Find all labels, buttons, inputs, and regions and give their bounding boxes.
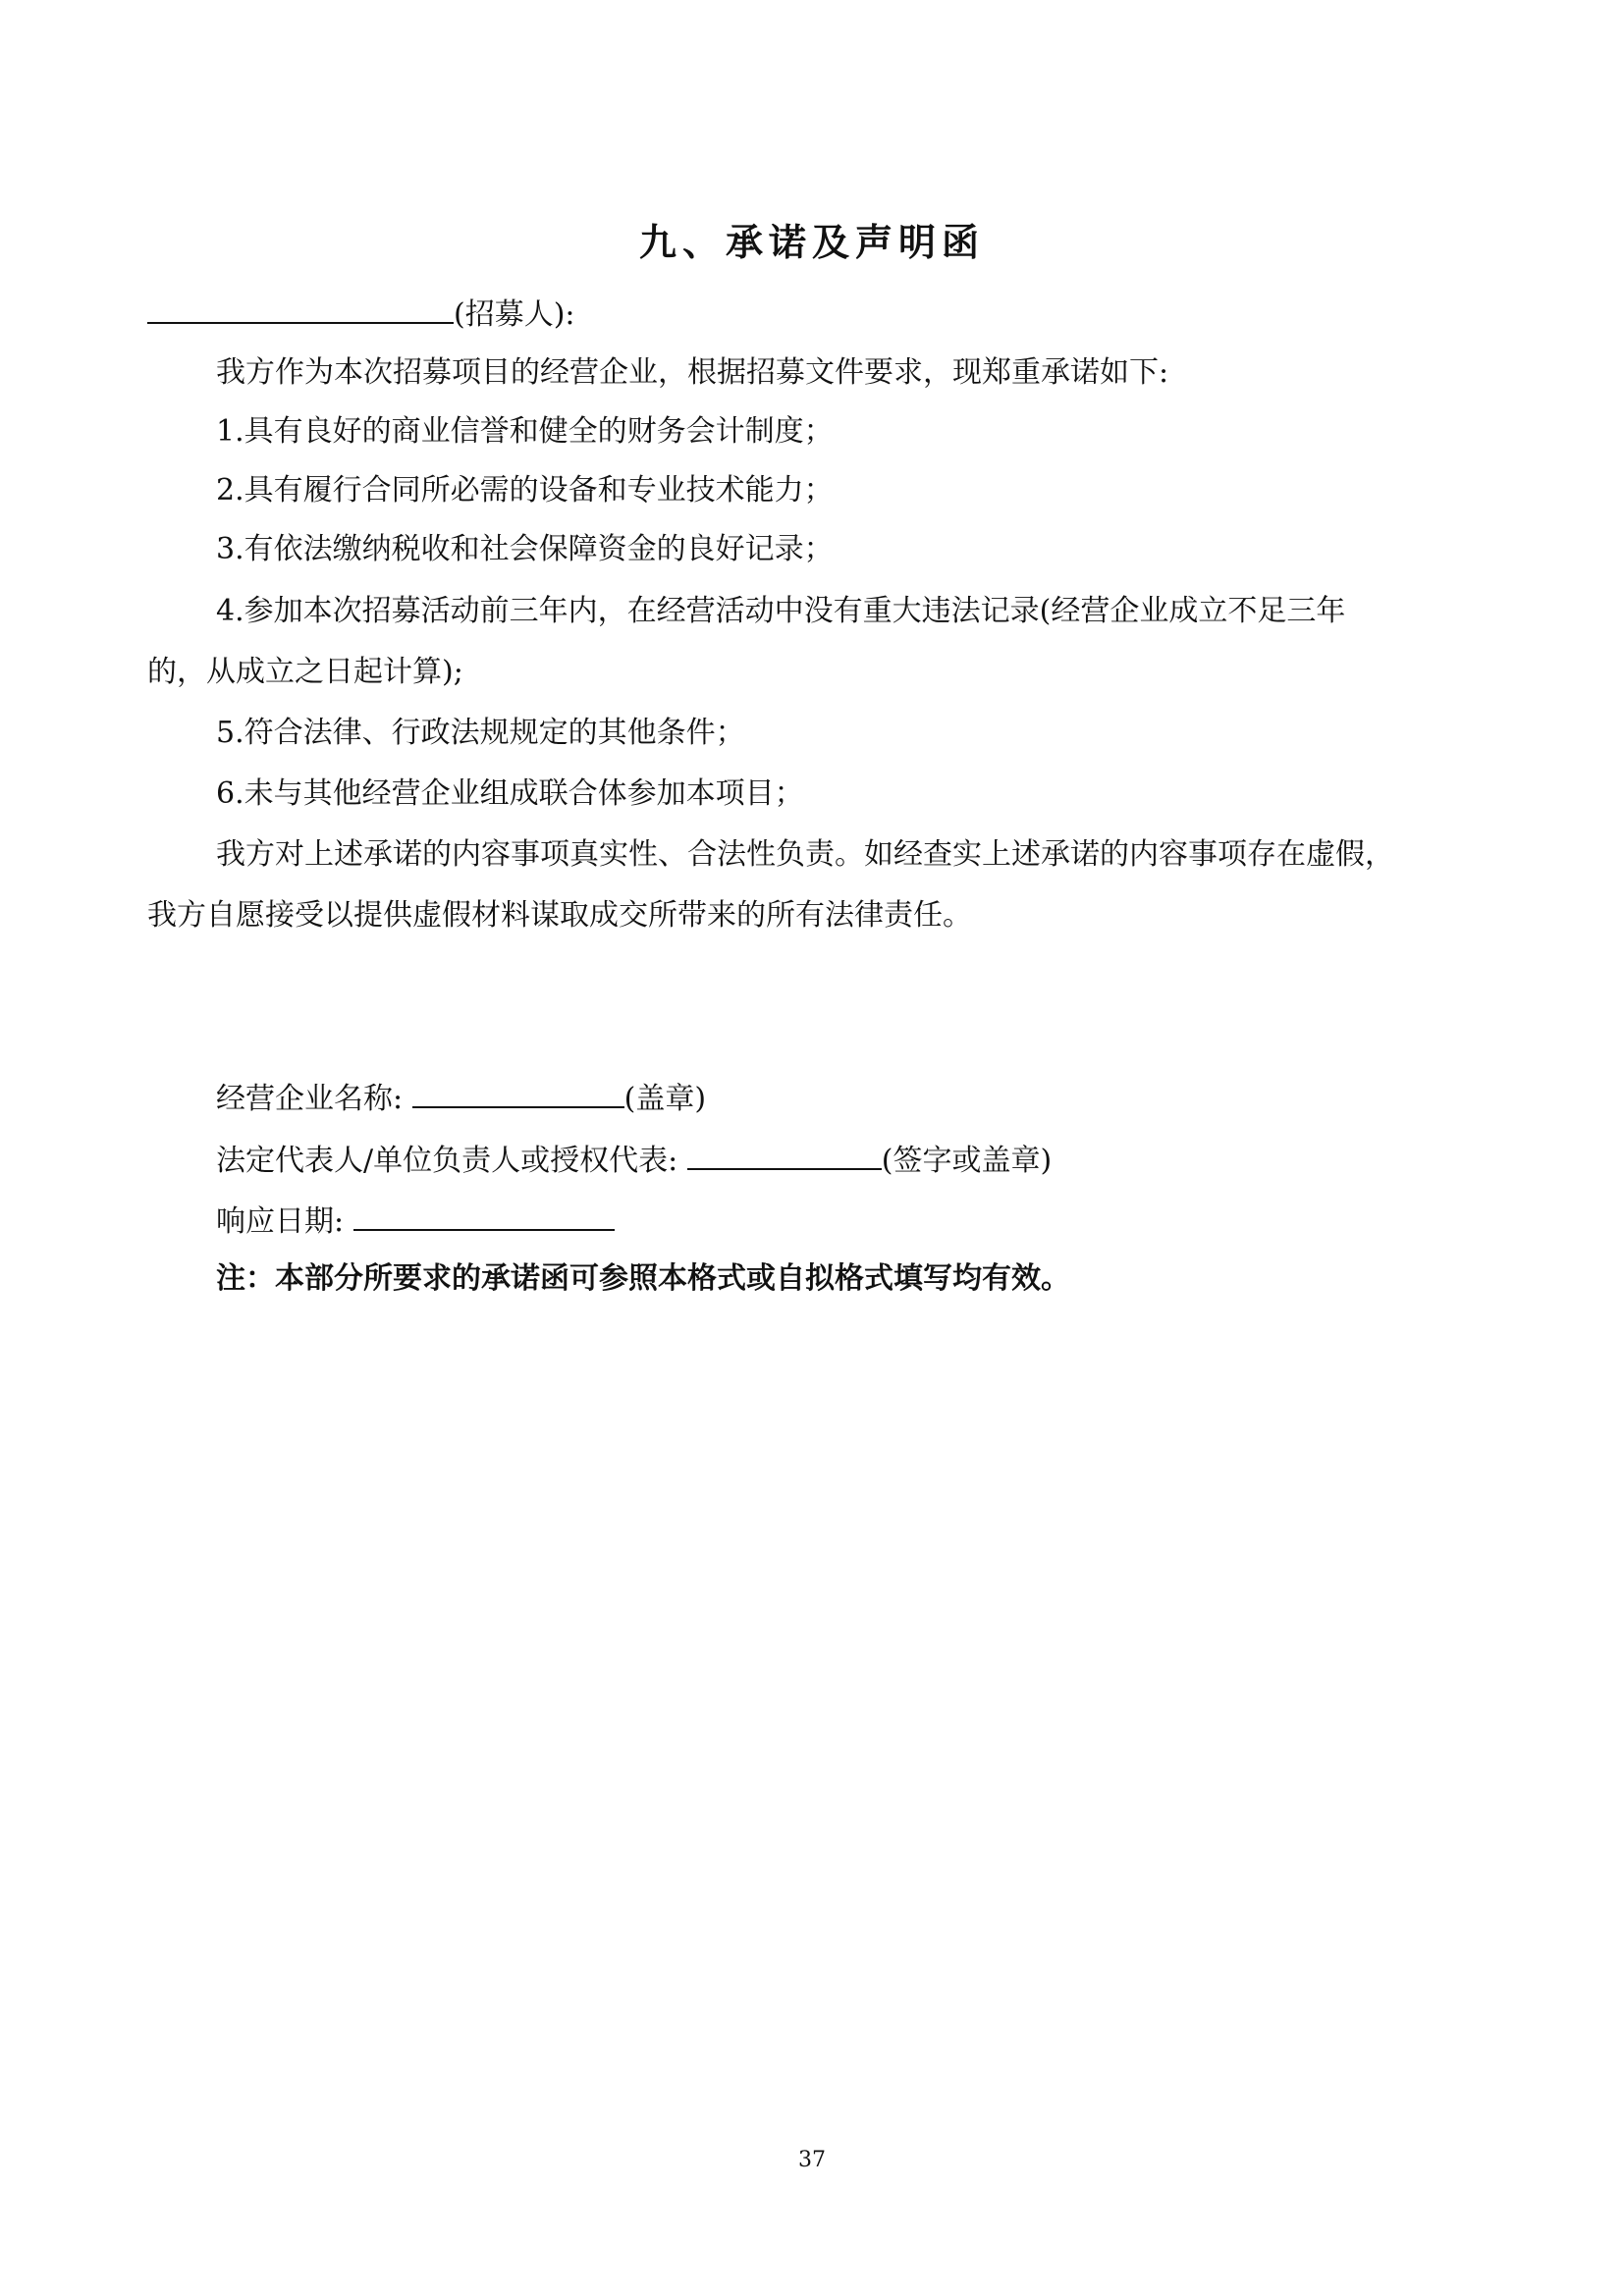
date-row: 响应日期:: [216, 1200, 615, 1242]
recipient-suffix: (招募人):: [454, 297, 575, 332]
date-blank[interactable]: [353, 1200, 615, 1231]
recipient-blank[interactable]: [147, 293, 454, 324]
page-title: 九、承诺及声明函: [0, 212, 1624, 266]
representative-label: 法定代表人/单位负责人或授权代表:: [216, 1144, 677, 1178]
company-blank[interactable]: [412, 1077, 624, 1108]
item-1: 1.具有良好的商业信誉和健全的财务会计制度；: [216, 412, 834, 452]
representative-blank[interactable]: [687, 1139, 882, 1170]
item-5: 5.符合法律、行政法规规定的其他条件；: [216, 714, 745, 753]
closing-line-2: 我方自愿接受以提供虚假材料谋取成交所带来的所有法律责任。: [147, 896, 972, 935]
recipient-line: (招募人):: [147, 293, 575, 335]
company-suffix: (盖章): [624, 1082, 706, 1116]
note-text: 注：本部分所要求的承诺函可参照本格式或自拟格式填写均有效。: [216, 1259, 1070, 1299]
representative-row: 法定代表人/单位负责人或授权代表: (签字或盖章): [216, 1139, 1052, 1181]
item-4: 4.参加本次招募活动前三年内，在经营活动中没有重大违法记录(经营企业成立不足三年: [216, 592, 1345, 631]
item-2: 2.具有履行合同所必需的设备和专业技术能力；: [216, 471, 834, 510]
page-number: 37: [0, 2148, 1624, 2172]
intro-text: 我方作为本次招募项目的经营企业，根据招募文件要求，现郑重承诺如下:: [216, 353, 1168, 393]
item-4-cont: 的，从成立之日起计算);: [147, 653, 463, 692]
company-label: 经营企业名称:: [216, 1082, 403, 1116]
representative-suffix: (签字或盖章): [882, 1144, 1052, 1178]
item-6: 6.未与其他经营企业组成联合体参加本项目；: [216, 774, 804, 814]
date-label: 响应日期:: [216, 1204, 344, 1239]
item-3: 3.有依法缴纳税收和社会保障资金的良好记录；: [216, 530, 834, 569]
closing-line-1: 我方对上述承诺的内容事项真实性、合法性负责。如经查实上述承诺的内容事项存在虚假，: [216, 835, 1394, 875]
company-name-row: 经营企业名称: (盖章): [216, 1077, 706, 1119]
